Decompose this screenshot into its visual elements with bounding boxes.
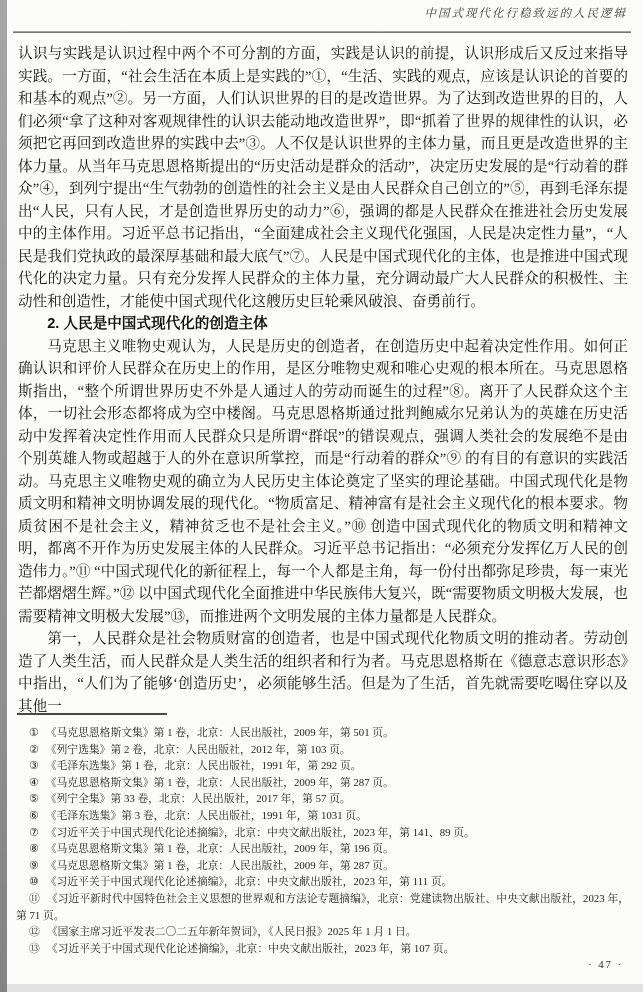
footnote-marker: ①: [29, 727, 39, 739]
footnote-marker: ⑥: [29, 810, 39, 822]
footnote-text: 《习近平关于中国式现代化论述摘编》，北京：中央文献出版社，2023 年，第 10…: [47, 943, 455, 955]
footnote-marker: ⑫: [29, 926, 40, 938]
footnote-marker: ⑬: [29, 943, 40, 955]
footnote-text: 《马克思恩格斯文集》第 1 卷，北京：人民出版社，2009 年，第 287 页。: [46, 777, 394, 789]
scanned-page: 中国式现代化行稳致远的人民逻辑 认识与实践是认识过程中两个不可分割的方面，实践是…: [0, 0, 643, 992]
page-number: · 47 ·: [588, 960, 623, 971]
header-rule: [13, 31, 631, 33]
running-header-title: 中国式现代化行稳致远的人民逻辑: [425, 7, 628, 21]
section-heading: 2. 人民是中国式现代化的创造主体: [18, 313, 628, 336]
footnote-marker: ⑧: [29, 843, 39, 855]
footnote-item: ⑬《习近平关于中国式现代化论述摘编》，北京：中央文献出版社，2023 年，第 1…: [16, 941, 629, 958]
footnote-text: 《国家主席习近平发表二〇二五年新年贺词》，《人民日报》2025 年 1 月 1 …: [47, 926, 417, 938]
footnote-item: ⑨《马克思恩格斯文集》第 1 卷，北京：人民出版社，2009 年，第 287 页…: [16, 858, 629, 875]
footnote-marker: ②: [29, 744, 39, 756]
footnote-item: ③《毛泽东选集》第 1 卷，北京：人民出版社，1991 年，第 292 页。: [16, 758, 629, 775]
footnote-text: 《马克思恩格斯文集》第 1 卷，北京：人民出版社，2009 年，第 287 页。: [46, 860, 394, 872]
footnote-marker: ⑪: [29, 893, 40, 905]
footnote-marker: ⑦: [29, 827, 39, 839]
footnote-item: ⑧《马克思恩格斯文集》第 1 卷，北京：人民出版社，2009 年，第 196 页…: [16, 841, 629, 858]
footnote-marker: ③: [29, 760, 39, 772]
footnote-marker: ⑤: [29, 793, 39, 805]
footnote-text: 《毛泽东选集》第 1 卷，北京：人民出版社，1991 年，第 292 页。: [46, 760, 362, 772]
paragraph: 第一，人民群众是社会物质财富的创造者，也是中国式现代化物质文明的推动者。劳动创造…: [18, 628, 628, 718]
footnote-text: 《马克思恩格斯文集》第 1 卷，北京：人民出版社，2009 年，第 196 页。: [46, 843, 394, 855]
footnote-marker: ⑩: [29, 876, 39, 888]
footnote-separator: [17, 713, 167, 715]
footnote-marker: ⑨: [29, 860, 39, 872]
footnote-text: 《马克思恩格斯文集》第 1 卷，北京：人民出版社，2009 年，第 501 页。: [46, 727, 394, 739]
footnote-item: ⑪《习近平新时代中国特色社会主义思想的世界观和方法论专题摘编》，北京：党建读物出…: [16, 891, 629, 924]
footnote-text: 《列宁选集》第 2 卷，北京：人民出版社，2012 年，第 103 页。: [46, 744, 351, 756]
footnote-text: 《习近平新时代中国特色社会主义思想的世界观和方法论专题摘编》，北京：党建读物出版…: [16, 893, 629, 922]
footnote-item: ⑩《习近平关于中国式现代化论述摘编》，北京：中央文献出版社，2023 年，第 1…: [16, 874, 629, 891]
footnote-item: ④《马克思恩格斯文集》第 1 卷，北京：人民出版社，2009 年，第 287 页…: [16, 775, 629, 792]
page-left-edge-shadow: [0, 0, 7, 992]
page-bottom-edge-shadow: [7, 984, 643, 992]
footnote-text: 《习近平关于中国式现代化论述摘编》，北京：中央文献出版社，2023 年，第 11…: [46, 876, 453, 888]
paper: 中国式现代化行稳致远的人民逻辑 认识与实践是认识过程中两个不可分割的方面，实践是…: [7, 0, 643, 984]
footnote-text: 《列宁全集》第 33 卷，北京：人民出版社，2017 年，第 57 页。: [46, 793, 351, 805]
footnote-item: ①《马克思恩格斯文集》第 1 卷，北京：人民出版社，2009 年，第 501 页…: [16, 725, 629, 742]
footnote-item: ⑤《列宁全集》第 33 卷，北京：人民出版社，2017 年，第 57 页。: [16, 791, 629, 808]
footnote-item: ⑫《国家主席习近平发表二〇二五年新年贺词》，《人民日报》2025 年 1 月 1…: [16, 924, 629, 941]
paragraph: 马克思主义唯物史观认为，人民是历史的创造者，在创造历史中起着决定性作用。如何正确…: [18, 336, 628, 629]
footnote-item: ⑦《习近平关于中国式现代化论述摘编》，北京：中央文献出版社，2023 年，第 1…: [16, 825, 629, 842]
paragraph-continued: 认识与实践是认识过程中两个不可分割的方面，实践是认识的前提，认识形成后又反过来指…: [18, 43, 628, 313]
footnotes-block: ①《马克思恩格斯文集》第 1 卷，北京：人民出版社，2009 年，第 501 页…: [16, 725, 629, 957]
article-body: 认识与实践是认识过程中两个不可分割的方面，实践是认识的前提，认识形成后又反过来指…: [18, 43, 628, 718]
footnote-item: ⑥《毛泽东选集》第 3 卷，北京：人民出版社，1991 年，第 1031 页。: [16, 808, 629, 825]
footnote-item: ②《列宁选集》第 2 卷，北京：人民出版社，2012 年，第 103 页。: [16, 742, 629, 759]
footnote-marker: ④: [29, 777, 39, 789]
footnote-text: 《毛泽东选集》第 3 卷，北京：人民出版社，1991 年，第 1031 页。: [46, 810, 367, 822]
footnote-text: 《习近平关于中国式现代化论述摘编》，北京：中央文献出版社，2023 年，第 14…: [46, 827, 475, 839]
